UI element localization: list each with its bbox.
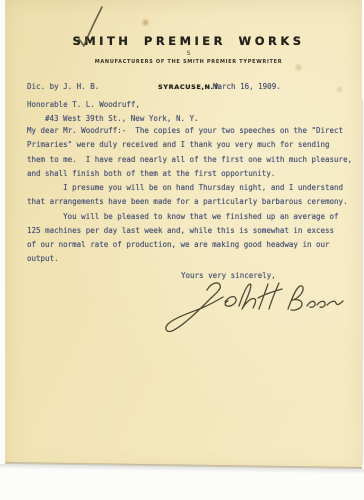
body-line: them to me. I have read nearly all of th… bbox=[27, 153, 362, 167]
body-line: Primaries" were duly received and I than… bbox=[27, 138, 362, 152]
body-line: You will be pleased to know that we fini… bbox=[27, 210, 362, 224]
body-line: of our normal rate of production, we are… bbox=[27, 238, 362, 252]
body-line: 125 machines per day last week and, whil… bbox=[27, 224, 362, 238]
body-line: and shall finish both of them at the fir… bbox=[27, 167, 362, 181]
signature-ink bbox=[155, 276, 345, 334]
letter-body: My dear Mr. Woodruff:- The copies of you… bbox=[27, 124, 362, 267]
body-line: that arrangements have been made for a p… bbox=[27, 195, 362, 209]
company-name: SMITH PREMIER WORKS bbox=[10, 34, 364, 48]
signature-autograph bbox=[155, 276, 345, 334]
letter-date: March 16, 1909. bbox=[213, 82, 281, 91]
recipient-name: Honorable T. L. Woodruff, bbox=[27, 100, 140, 109]
letter-sheet: SMITH PREMIER WORKS S MANUFACTURERS OF T… bbox=[5, 0, 362, 471]
body-line: My dear Mr. Woodruff:- The copies of you… bbox=[27, 124, 362, 138]
check-mark-icon bbox=[76, 3, 108, 49]
scan-right-edge bbox=[362, 100, 363, 465]
dictation-note: Dic. by J. H. B. bbox=[27, 82, 99, 91]
place-line: SYRACUSE,N.Y. bbox=[158, 83, 221, 91]
paper-stain bbox=[141, 18, 150, 27]
letterhead: SMITH PREMIER WORKS S MANUFACTURERS OF T… bbox=[10, 34, 364, 65]
body-line: I presume you will be on hand Thursday n… bbox=[27, 181, 362, 195]
date-line: Dic. by J. H. B. SYRACUSE,N.Y. March 16,… bbox=[27, 82, 362, 94]
body-line: output. bbox=[27, 252, 362, 266]
letterhead-tagline: MANUFACTURERS OF THE SMITH PREMIER TYPEW… bbox=[10, 59, 364, 65]
letterhead-monogram: S bbox=[10, 50, 364, 57]
recipient-address: #43 West 39th St., New York, N. Y. bbox=[45, 114, 199, 123]
